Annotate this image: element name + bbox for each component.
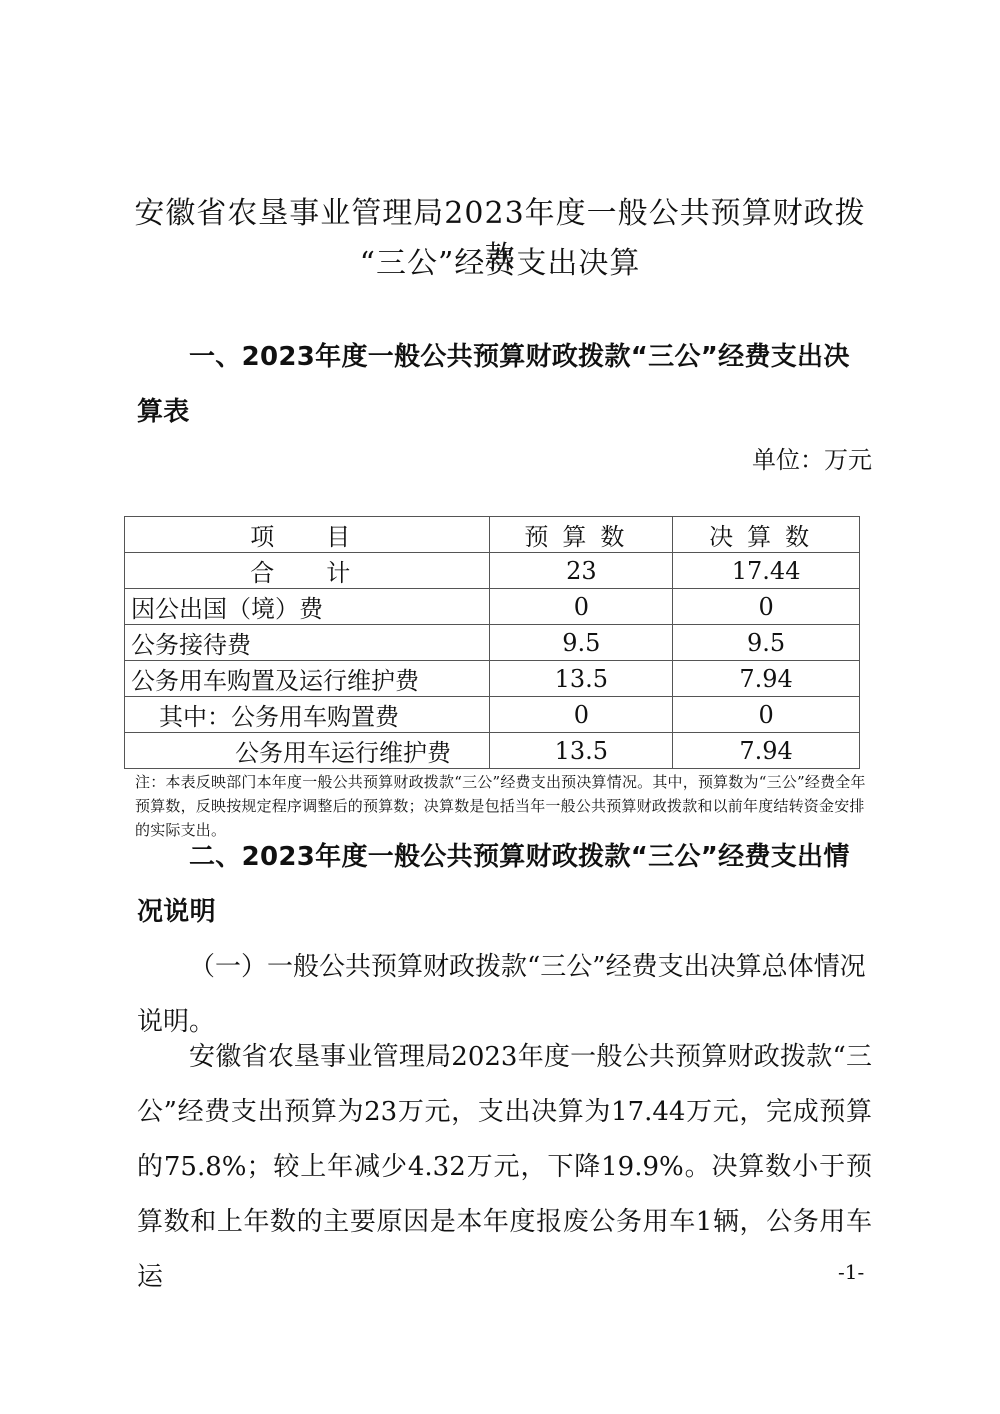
table-header-row: 项 目 预算数 决算数 xyxy=(125,517,860,553)
page-number: -1- xyxy=(838,1260,864,1284)
paragraph-overview: 安徽省农垦事业管理局2023年度一般公共预算财政拨款“三公”经费支出预算为23万… xyxy=(137,1030,872,1305)
unit-label: 单位：万元 xyxy=(752,440,872,475)
header-item: 项 目 xyxy=(125,517,490,553)
row-actual: 0 xyxy=(673,589,860,625)
row-budget: 13.5 xyxy=(490,661,673,697)
table-row: 其中：公务用车购置费 0 0 xyxy=(125,697,860,733)
table-row: 公务用车运行维护费 13.5 7.94 xyxy=(125,733,860,769)
row-budget: 0 xyxy=(490,697,673,733)
row-item: 公务用车运行维护费 xyxy=(125,733,490,769)
document-page: 安徽省农垦事业管理局2023年度一般公共预算财政拨款 “三公”经费支出决算 一、… xyxy=(0,0,1000,1414)
row-budget: 13.5 xyxy=(490,733,673,769)
row-budget: 23 xyxy=(490,553,673,589)
table-row: 合 计 23 17.44 xyxy=(125,553,860,589)
row-actual: 17.44 xyxy=(673,553,860,589)
header-budget: 预算数 xyxy=(490,517,673,553)
section1-heading: 一、2023年度一般公共预算财政拨款“三公”经费支出决算表 xyxy=(137,330,872,440)
document-title-line2: “三公”经费支出决算 xyxy=(120,238,880,282)
section2-heading: 二、2023年度一般公共预算财政拨款“三公”经费支出情况说明 xyxy=(137,830,872,940)
row-actual: 0 xyxy=(673,697,860,733)
row-item: 其中：公务用车购置费 xyxy=(125,697,490,733)
row-budget: 9.5 xyxy=(490,625,673,661)
row-item: 公务用车购置及运行维护费 xyxy=(125,661,490,697)
row-item: 因公出国（境）费 xyxy=(125,589,490,625)
table-row: 因公出国（境）费 0 0 xyxy=(125,589,860,625)
row-actual: 7.94 xyxy=(673,733,860,769)
row-item: 公务接待费 xyxy=(125,625,490,661)
row-item: 合 计 xyxy=(125,553,490,589)
table-row: 公务接待费 9.5 9.5 xyxy=(125,625,860,661)
row-actual: 7.94 xyxy=(673,661,860,697)
header-actual: 决算数 xyxy=(673,517,860,553)
three-public-expenses-table: 项 目 预算数 决算数 合 计 23 17.44 因公出国（境）费 0 0 公务… xyxy=(124,516,860,769)
row-actual: 9.5 xyxy=(673,625,860,661)
table-row: 公务用车购置及运行维护费 13.5 7.94 xyxy=(125,661,860,697)
row-budget: 0 xyxy=(490,589,673,625)
